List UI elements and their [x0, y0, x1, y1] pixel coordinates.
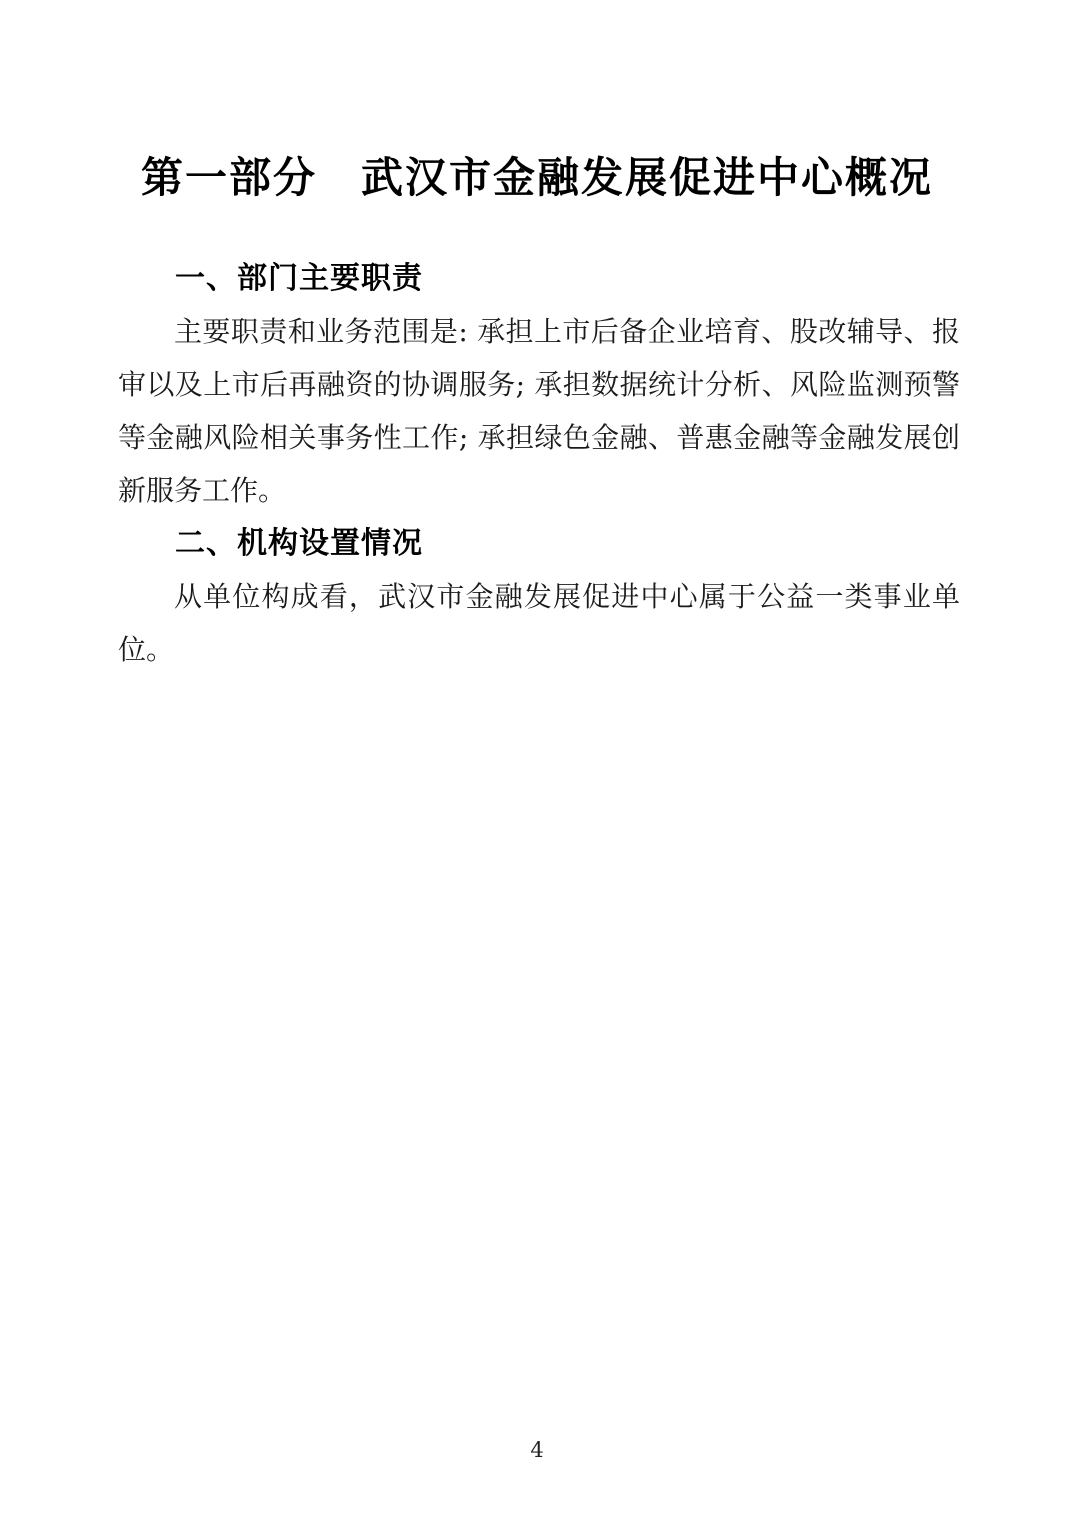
page-body: 一、部门主要职责 主要职责和业务范围是: 承担上市后备企业培育、股改辅导、报 审…: [118, 252, 960, 676]
document-page: 第一部分 武汉市金融发展促进中心概况 一、部门主要职责 主要职责和业务范围是: …: [0, 0, 1074, 1520]
section-heading-structure: 二、机构设置情况: [118, 517, 960, 570]
paragraph-line: 审以及上市后再融资的协调服务; 承担数据统计分析、风险监测预警: [118, 358, 960, 411]
paragraph-line: 主要职责和业务范围是: 承担上市后备企业培育、股改辅导、报: [118, 305, 960, 358]
section-heading-duties: 一、部门主要职责: [118, 252, 960, 305]
paragraph-line: 等金融风险相关事务性工作; 承担绿色金融、普惠金融等金融发展创: [118, 411, 960, 464]
page-number: 4: [0, 1436, 1074, 1464]
paragraph-line: 位。: [118, 623, 960, 676]
paragraph-line: 从单位构成看，武汉市金融发展促进中心属于公益一类事业单: [118, 570, 960, 623]
paragraph-line: 新服务工作。: [118, 464, 960, 517]
page-title: 第一部分 武汉市金融发展促进中心概况: [0, 146, 1074, 210]
